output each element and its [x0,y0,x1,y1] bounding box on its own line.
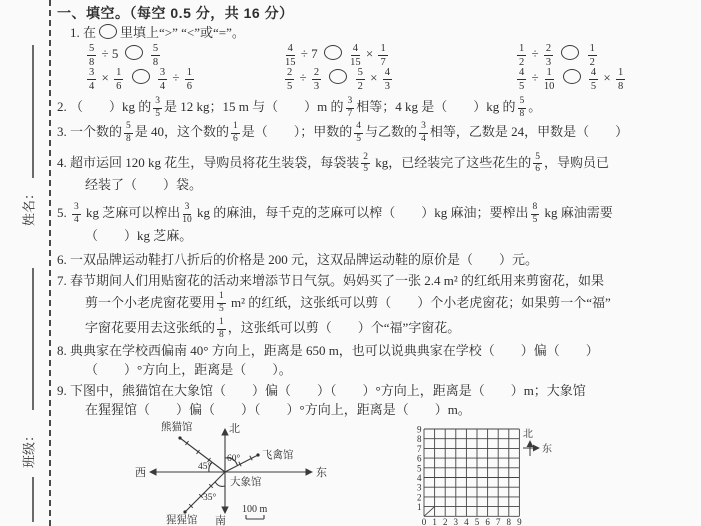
question-item: 5. 34 kg 芝麻可以榨出310 kg 的麻油，每千克的芝麻可以榨（ ）kg… [57,200,701,244]
bird-hall-label: 飞禽馆 [262,448,294,461]
fraction: 35 [153,97,162,120]
fraction: 43 [383,67,392,92]
grid-axis-labels: 9876543210123456789 [417,425,522,526]
question-item: 9. 下图中，熊猫馆在大象馆（ ）偏（ ）（ ）°方向上，距离是（ ）m；大象馆… [57,381,701,419]
question-line: 3. 一个数的58是 40，这个数的16是（ ）；甲数的45与乙数的34相等，乙… [57,119,701,144]
question-line: 5. 34 kg 芝麻可以榨出310 kg 的麻油，每千克的芝麻可以榨（ ）kg… [57,200,701,225]
comparison-circle [561,45,579,60]
question-line: 6. 一双品牌运动鞋打八折后的价格是 200 元，这双品牌运动鞋的原价是（ ）元… [57,250,701,269]
fraction: 12 [588,43,597,68]
fraction: 58 [124,122,133,145]
class-label: 班级： [19,419,38,479]
comparison-circle [329,69,347,84]
question-line: 7. 春节期间人们用贴窗花的活动来增添节日气氛。妈妈买了一张 2.4 m² 的红… [57,271,701,290]
fraction: 85 [531,203,540,226]
fraction: 16 [114,67,123,92]
name-label: 姓名： [19,177,38,237]
fraction: 34 [87,67,96,92]
comparison-expression: 415 ÷ 7 415 × 17 [283,42,390,68]
comparison-expression: 45 ÷ 110 45 × 18 [515,66,627,92]
grid-x-label: 1 [432,517,437,526]
angle-arc-35 [215,482,225,486]
fraction: 23 [312,67,321,92]
grid-x-label: 9 [517,517,522,526]
fraction: 15 [217,292,226,315]
gorilla-point [183,510,186,513]
content-column: 一、填空。（每空 0.5 分，共 16 分） 1. 在里填上“>” “<”或“=… [57,0,701,419]
question-line: （ ）°方向上，距离是（ ）。 [57,360,701,379]
fraction: 25 [361,153,370,176]
fraction: 58 [518,97,527,120]
angle-60-label: 60° [227,453,241,464]
fraction: 18 [217,318,226,341]
elephant-hall-label: 大象馆 [230,475,262,488]
comparison-circle [132,69,150,84]
fraction: 58 [87,43,96,68]
fraction: 310 [182,203,192,226]
fraction: 16 [185,67,194,92]
fraction: 34 [158,67,167,92]
question-line: 2. （ ）kg 的35是 12 kg；15 m 与（ ）m 的37相等；4 k… [57,94,701,119]
grid-compass [523,441,539,456]
grid-x-label: 3 [454,517,459,526]
grid-y-label: 7 [417,444,422,454]
class-blank-line [32,268,34,410]
scale-bracket [246,515,264,519]
distance-ticks [186,441,253,508]
question-item: 4. 超市运回 120 kg 花生，导购员将花生装袋，每袋装25 kg，已经装完… [57,150,701,194]
question-line: 4. 超市运回 120 kg 花生，导购员将花生装袋，每袋装25 kg，已经装完… [57,150,701,175]
grid-y-label: 6 [417,454,422,464]
question-line: 经装了（ ）袋。 [57,175,701,194]
panda-point [178,436,181,439]
grid-x-label: 0 [422,517,427,526]
angle-45-label: 45° [198,461,212,472]
fraction: 45 [589,67,598,92]
school-blank-line [32,477,34,522]
comparison-circle [99,24,117,39]
fraction: 34 [419,122,428,145]
comparison-expression: 58 ÷ 5 58 [85,42,162,68]
question-item: 2. （ ）kg 的35是 12 kg；15 m 与（ ）m 的37相等；4 k… [57,94,701,119]
west-label: 西 [135,466,146,479]
question-item: 8. 典典家在学校西偏南 40° 方向上，距离是 650 m，也可以说典典家在学… [57,341,701,379]
comparison-exercises: 58 ÷ 5 58415 ÷ 7 415 × 1712 ÷ 23 1234 × … [57,42,701,90]
scale-label: 100 m [242,504,268,515]
fraction: 37 [346,97,355,120]
fraction: 45 [354,122,363,145]
angle-35-label: 35° [203,492,217,503]
grid-y-label: 1 [417,502,422,512]
comparison-row: 58 ÷ 5 58415 ÷ 7 415 × 1712 ÷ 23 12 [57,42,701,66]
fraction: 12 [517,43,526,68]
grid-lines [424,429,519,516]
comparison-row: 34 × 16 34 ÷ 1625 ÷ 23 52 × 4345 ÷ 110 4… [57,66,701,90]
comparison-expression: 25 ÷ 23 52 × 43 [283,66,394,92]
question-line: 9. 下图中，熊猫馆在大象馆（ ）偏（ ）（ ）°方向上，距离是（ ）m；大象馆 [57,381,701,400]
comparison-circle [563,69,581,84]
grid-x-label: 4 [464,517,469,526]
fraction: 415 [285,43,296,68]
question-1-prompt: 1. 在里填上“>” “<”或“=”。 [57,23,701,42]
grid-y-label: 2 [417,492,422,502]
panda-hall-label: 熊猫馆 [161,420,193,433]
comparison-expression: 12 ÷ 23 12 [515,42,599,68]
question-item: 6. 一双品牌运动鞋打八折后的价格是 200 元，这双品牌运动鞋的原价是（ ）元… [57,250,701,269]
grid-y-label: 9 [417,425,422,435]
grid-x-label: 2 [443,517,448,526]
question-item: 7. 春节期间人们用贴窗花的活动来增添节日气氛。妈妈买了一张 2.4 m² 的红… [57,271,701,341]
question-line: 8. 典典家在学校西偏南 40° 方向上，距离是 650 m，也可以说典典家在学… [57,341,701,360]
grid-x-label: 6 [485,517,490,526]
grid-y-label: 3 [417,483,422,493]
comparison-circle [324,45,342,60]
question-line: 字窗花要用去这张纸的18，这张纸可以剪（ ）个“福”字窗花。 [57,315,701,340]
grid-y-label: 8 [417,434,422,444]
direction-map-diagram: 北 南 西 东 熊猫馆 飞禽馆 猩猩馆 大象馆 45° 60° 35° 100 … [130,416,330,526]
grid-origin-diagonal [424,507,435,517]
bird-point [256,453,259,456]
gorilla-hall-label: 猩猩馆 [166,513,198,526]
fraction: 45 [517,67,526,92]
comparison-circle [125,45,143,60]
fraction: 16 [231,122,240,145]
grid-compass-north-label: 北 [523,428,533,440]
grid-y-label: 5 [417,463,422,473]
question-line: （ ）kg 芝麻。 [57,226,701,245]
comparison-expression: 34 × 16 34 ÷ 16 [85,66,196,92]
fraction: 415 [350,43,361,68]
exam-page: 姓名： 班级： 一、填空。（每空 0.5 分，共 16 分） 1. 在里填上“>… [0,0,701,526]
section-title: 一、填空。（每空 0.5 分，共 16 分） [57,3,701,23]
fraction: 52 [356,67,365,92]
fraction: 34 [72,203,81,226]
name-blank-line [32,45,34,178]
grid-compass-east-label: 东 [542,442,552,455]
grid-x-label: 7 [496,517,501,526]
east-label: 东 [316,466,327,479]
question-list: 2. （ ）kg 的35是 12 kg；15 m 与（ ）m 的37相等；4 k… [57,94,701,419]
fraction: 25 [285,67,294,92]
fraction: 58 [151,43,160,68]
grid-y-label: 4 [417,473,422,483]
seal-dashed-line [49,0,51,526]
north-label: 北 [229,422,240,435]
grid-x-label: 5 [475,517,480,526]
question-item: 3. 一个数的58是 40，这个数的16是（ ）；甲数的45与乙数的34相等，乙… [57,119,701,144]
fraction: 17 [378,43,387,68]
coordinate-grid-diagram: 9876543210123456789 北 东 [415,420,701,526]
fraction: 23 [544,43,553,68]
grid-x-label: 8 [507,517,512,526]
fraction: 18 [616,67,625,92]
fraction: 110 [544,67,555,92]
question-line: 剪一个小老虎窗花要用15 m² 的红纸，这张纸可以剪（ ）个小老虎窗花；如果剪一… [57,290,701,315]
fraction: 56 [533,153,542,176]
south-label: 南 [215,514,226,526]
